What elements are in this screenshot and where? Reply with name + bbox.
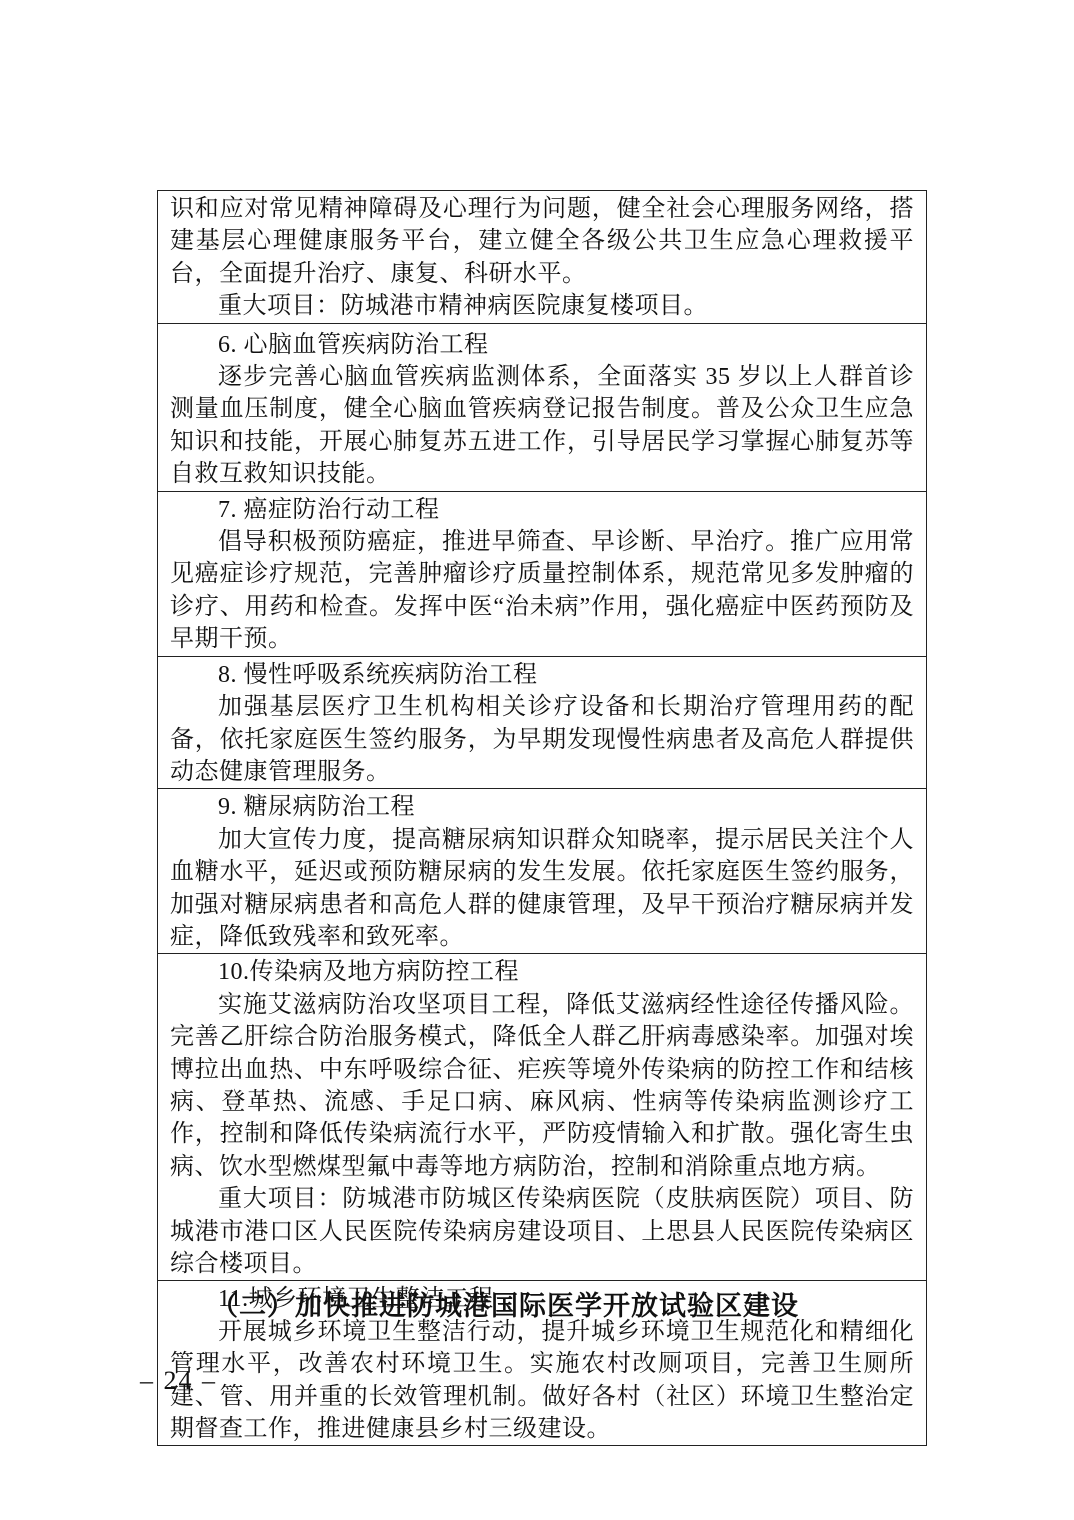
table-row-item-9: 9. 糖尿病防治工程 加大宣传力度，提高糖尿病知识群众知晓率，提示居民关注个人血… [158, 789, 926, 954]
item-8-body: 加强基层医疗卫生机构相关诊疗设备和长期治疗管理用药的配备，依托家庭医生签约服务，… [170, 691, 914, 788]
content-table: 识和应对常见精神障碍及心理行为问题，健全社会心理服务网络，搭建基层心理健康服务平… [157, 190, 927, 1446]
table-row-item-6: 6. 心脑血管疾病防治工程 逐步完善心脑血管疾病监测体系，全面落实 35 岁以上… [158, 324, 926, 492]
item-9-title: 9. 糖尿病防治工程 [170, 791, 914, 823]
item-10-title: 10.传染病及地方病防控工程 [170, 956, 914, 988]
table-row-item-7: 7. 癌症防治行动工程 倡导积极预防癌症，推进早筛查、早诊断、早治疗。推广应用常… [158, 492, 926, 657]
table-row-item-10: 10.传染病及地方病防控工程 实施艾滋病防治攻坚项目工程，降低艾滋病经性途径传播… [158, 954, 926, 1281]
item-6-body: 逐步完善心脑血管疾病监测体系，全面落实 35 岁以上人群首诊测量血压制度，健全心… [170, 361, 914, 491]
table-row-item-8: 8. 慢性呼吸系统疾病防治工程 加强基层医疗卫生机构相关诊疗设备和长期治疗管理用… [158, 657, 926, 790]
item-9-body: 加大宣传力度，提高糖尿病知识群众知晓率，提示居民关注个人血糖水平，延迟或预防糖尿… [170, 824, 914, 954]
item-7-body: 倡导积极预防癌症，推进早筛查、早诊断、早治疗。推广应用常见癌症诊疗规范，完善肿瘤… [170, 526, 914, 656]
section-heading: （二）加快推进防城港国际医学开放试验区建设 [157, 1284, 927, 1323]
continued-paragraph: 识和应对常见精神障碍及心理行为问题，健全社会心理服务网络，搭建基层心理健康服务平… [170, 193, 914, 290]
item-7-title: 7. 癌症防治行动工程 [170, 494, 914, 526]
page-number: – 24 – [140, 1366, 217, 1396]
item-8-title: 8. 慢性呼吸系统疾病防治工程 [170, 659, 914, 691]
major-project-line: 重大项目：防城港市精神病医院康复楼项目。 [170, 290, 914, 322]
item-10-body: 实施艾滋病防治攻坚项目工程，降低艾滋病经性途径传播风险。完善乙肝综合防治服务模式… [170, 989, 914, 1183]
item-6-title: 6. 心脑血管疾病防治工程 [170, 329, 914, 361]
item-10-major-project-line: 重大项目：防城港市防城区传染病医院（皮肤病医院）项目、防城港市港口区人民医院传染… [170, 1183, 914, 1280]
document-page: 识和应对常见精神障碍及心理行为问题，健全社会心理服务网络，搭建基层心理健康服务平… [0, 0, 1074, 1520]
item-11-body: 开展城乡环境卫生整洁行动，提升城乡环境卫生规范化和精细化管理水平，改善农村环境卫… [170, 1316, 914, 1446]
table-row-continued: 识和应对常见精神障碍及心理行为问题，健全社会心理服务网络，搭建基层心理健康服务平… [158, 191, 926, 324]
